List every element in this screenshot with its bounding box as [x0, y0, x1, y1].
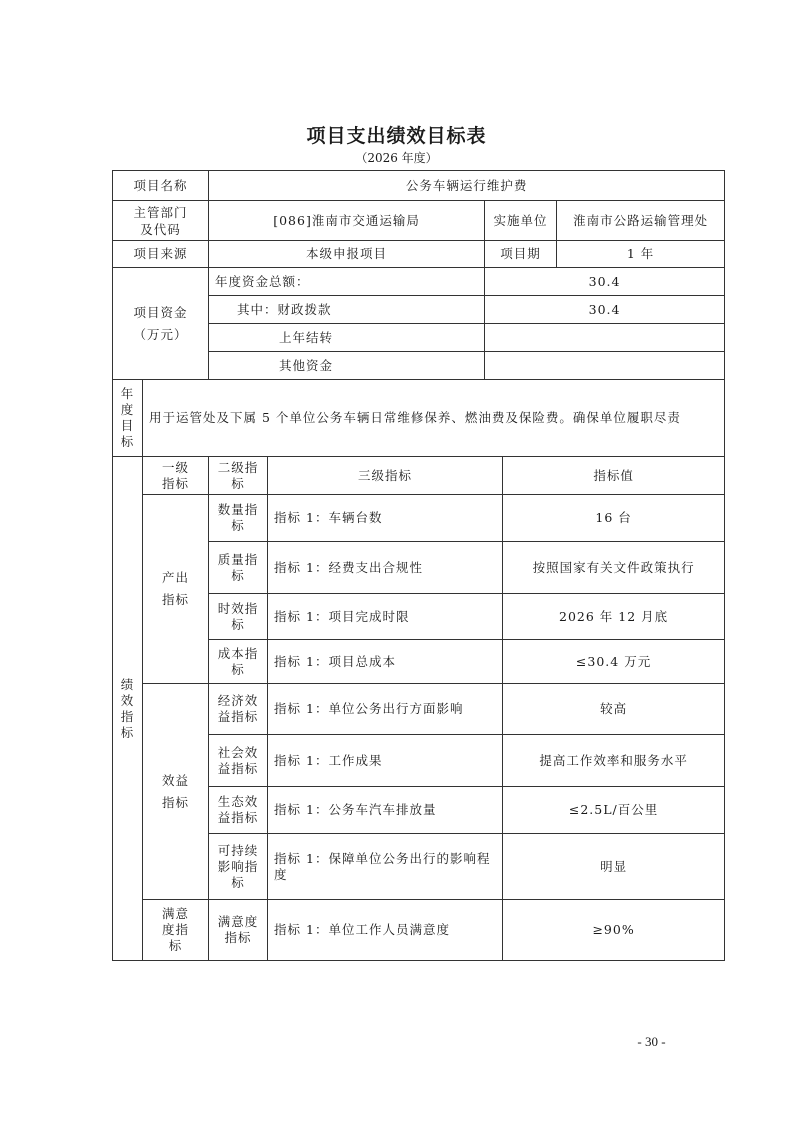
funds-other-label: 其他资金 — [209, 352, 485, 380]
funds-total-value: 30.4 — [485, 268, 725, 296]
value-cell: 较高 — [503, 684, 725, 735]
header-value: 指标值 — [503, 457, 725, 495]
value-cell: 16 台 — [503, 495, 725, 542]
dept-label: 主管部门及代码 — [113, 201, 209, 241]
value-cell: ≤2.5L/百公里 — [503, 787, 725, 834]
header-level1: 一级指标 — [143, 457, 209, 495]
level3-cell: 指标 1：经费支出合规性 — [268, 542, 503, 594]
source-value: 本级申报项目 — [209, 241, 485, 268]
performance-table: 项目名称 公务车辆运行维护费 主管部门及代码 [086]淮南市交通运输局 实施单… — [112, 170, 725, 961]
period-label: 项目期 — [485, 241, 557, 268]
level1-output: 产出指标 — [143, 495, 209, 684]
level2-cell: 满意度指标 — [209, 900, 268, 961]
value-cell: ≤30.4 万元 — [503, 640, 725, 684]
funds-carryover-value — [485, 324, 725, 352]
annual-goal-label: 年度目标 — [113, 380, 143, 457]
level2-cell: 时效指标 — [209, 594, 268, 640]
funds-fiscal-label: 其中：财政拨款 — [209, 296, 485, 324]
level2-cell: 生态效益指标 — [209, 787, 268, 834]
indicators-section-label: 绩效指标 — [113, 457, 143, 961]
value-cell: ≥90% — [503, 900, 725, 961]
level3-cell: 指标 1：车辆台数 — [268, 495, 503, 542]
project-name-label: 项目名称 — [113, 171, 209, 201]
level2-cell: 质量指标 — [209, 542, 268, 594]
funds-other-value — [485, 352, 725, 380]
level2-cell: 数量指标 — [209, 495, 268, 542]
funds-carryover-label: 上年结转 — [209, 324, 485, 352]
value-cell: 2026 年 12 月底 — [503, 594, 725, 640]
level1-benefit: 效益指标 — [143, 684, 209, 900]
value-cell: 明显 — [503, 834, 725, 900]
level2-cell: 成本指标 — [209, 640, 268, 684]
level2-cell: 经济效益指标 — [209, 684, 268, 735]
funds-fiscal-value: 30.4 — [485, 296, 725, 324]
level2-cell: 可持续影响指标 — [209, 834, 268, 900]
level3-cell: 指标 1：公务车汽车排放量 — [268, 787, 503, 834]
impl-label: 实施单位 — [485, 201, 557, 241]
page-subtitle: （2026 年度） — [0, 149, 793, 166]
level3-cell: 指标 1：工作成果 — [268, 735, 503, 787]
level3-cell: 指标 1：保障单位公务出行的影响程度 — [268, 834, 503, 900]
level3-cell: 指标 1：单位公务出行方面影响 — [268, 684, 503, 735]
level3-cell: 指标 1：项目完成时限 — [268, 594, 503, 640]
source-label: 项目来源 — [113, 241, 209, 268]
period-value: 1 年 — [557, 241, 725, 268]
level3-cell: 指标 1：项目总成本 — [268, 640, 503, 684]
value-cell: 按照国家有关文件政策执行 — [503, 542, 725, 594]
level3-cell: 指标 1：单位工作人员满意度 — [268, 900, 503, 961]
level2-cell: 社会效益指标 — [209, 735, 268, 787]
project-name-value: 公务车辆运行维护费 — [209, 171, 725, 201]
value-cell: 提高工作效率和服务水平 — [503, 735, 725, 787]
page-number: - 30 - — [0, 1034, 793, 1050]
page-title: 项目支出绩效目标表 — [0, 121, 793, 148]
dept-value: [086]淮南市交通运输局 — [209, 201, 485, 241]
impl-value: 淮南市公路运输管理处 — [557, 201, 725, 241]
annual-goal-text: 用于运管处及下属 5 个单位公务车辆日常维修保养、燃油费及保险费。确保单位履职尽… — [143, 380, 725, 457]
level1-satisfaction: 满意度指标 — [143, 900, 209, 961]
header-level3: 三级指标 — [268, 457, 503, 495]
header-level2: 二级指标 — [209, 457, 268, 495]
funds-label: 项目资金（万元） — [113, 268, 209, 380]
funds-total-label: 年度资金总额： — [209, 268, 485, 296]
